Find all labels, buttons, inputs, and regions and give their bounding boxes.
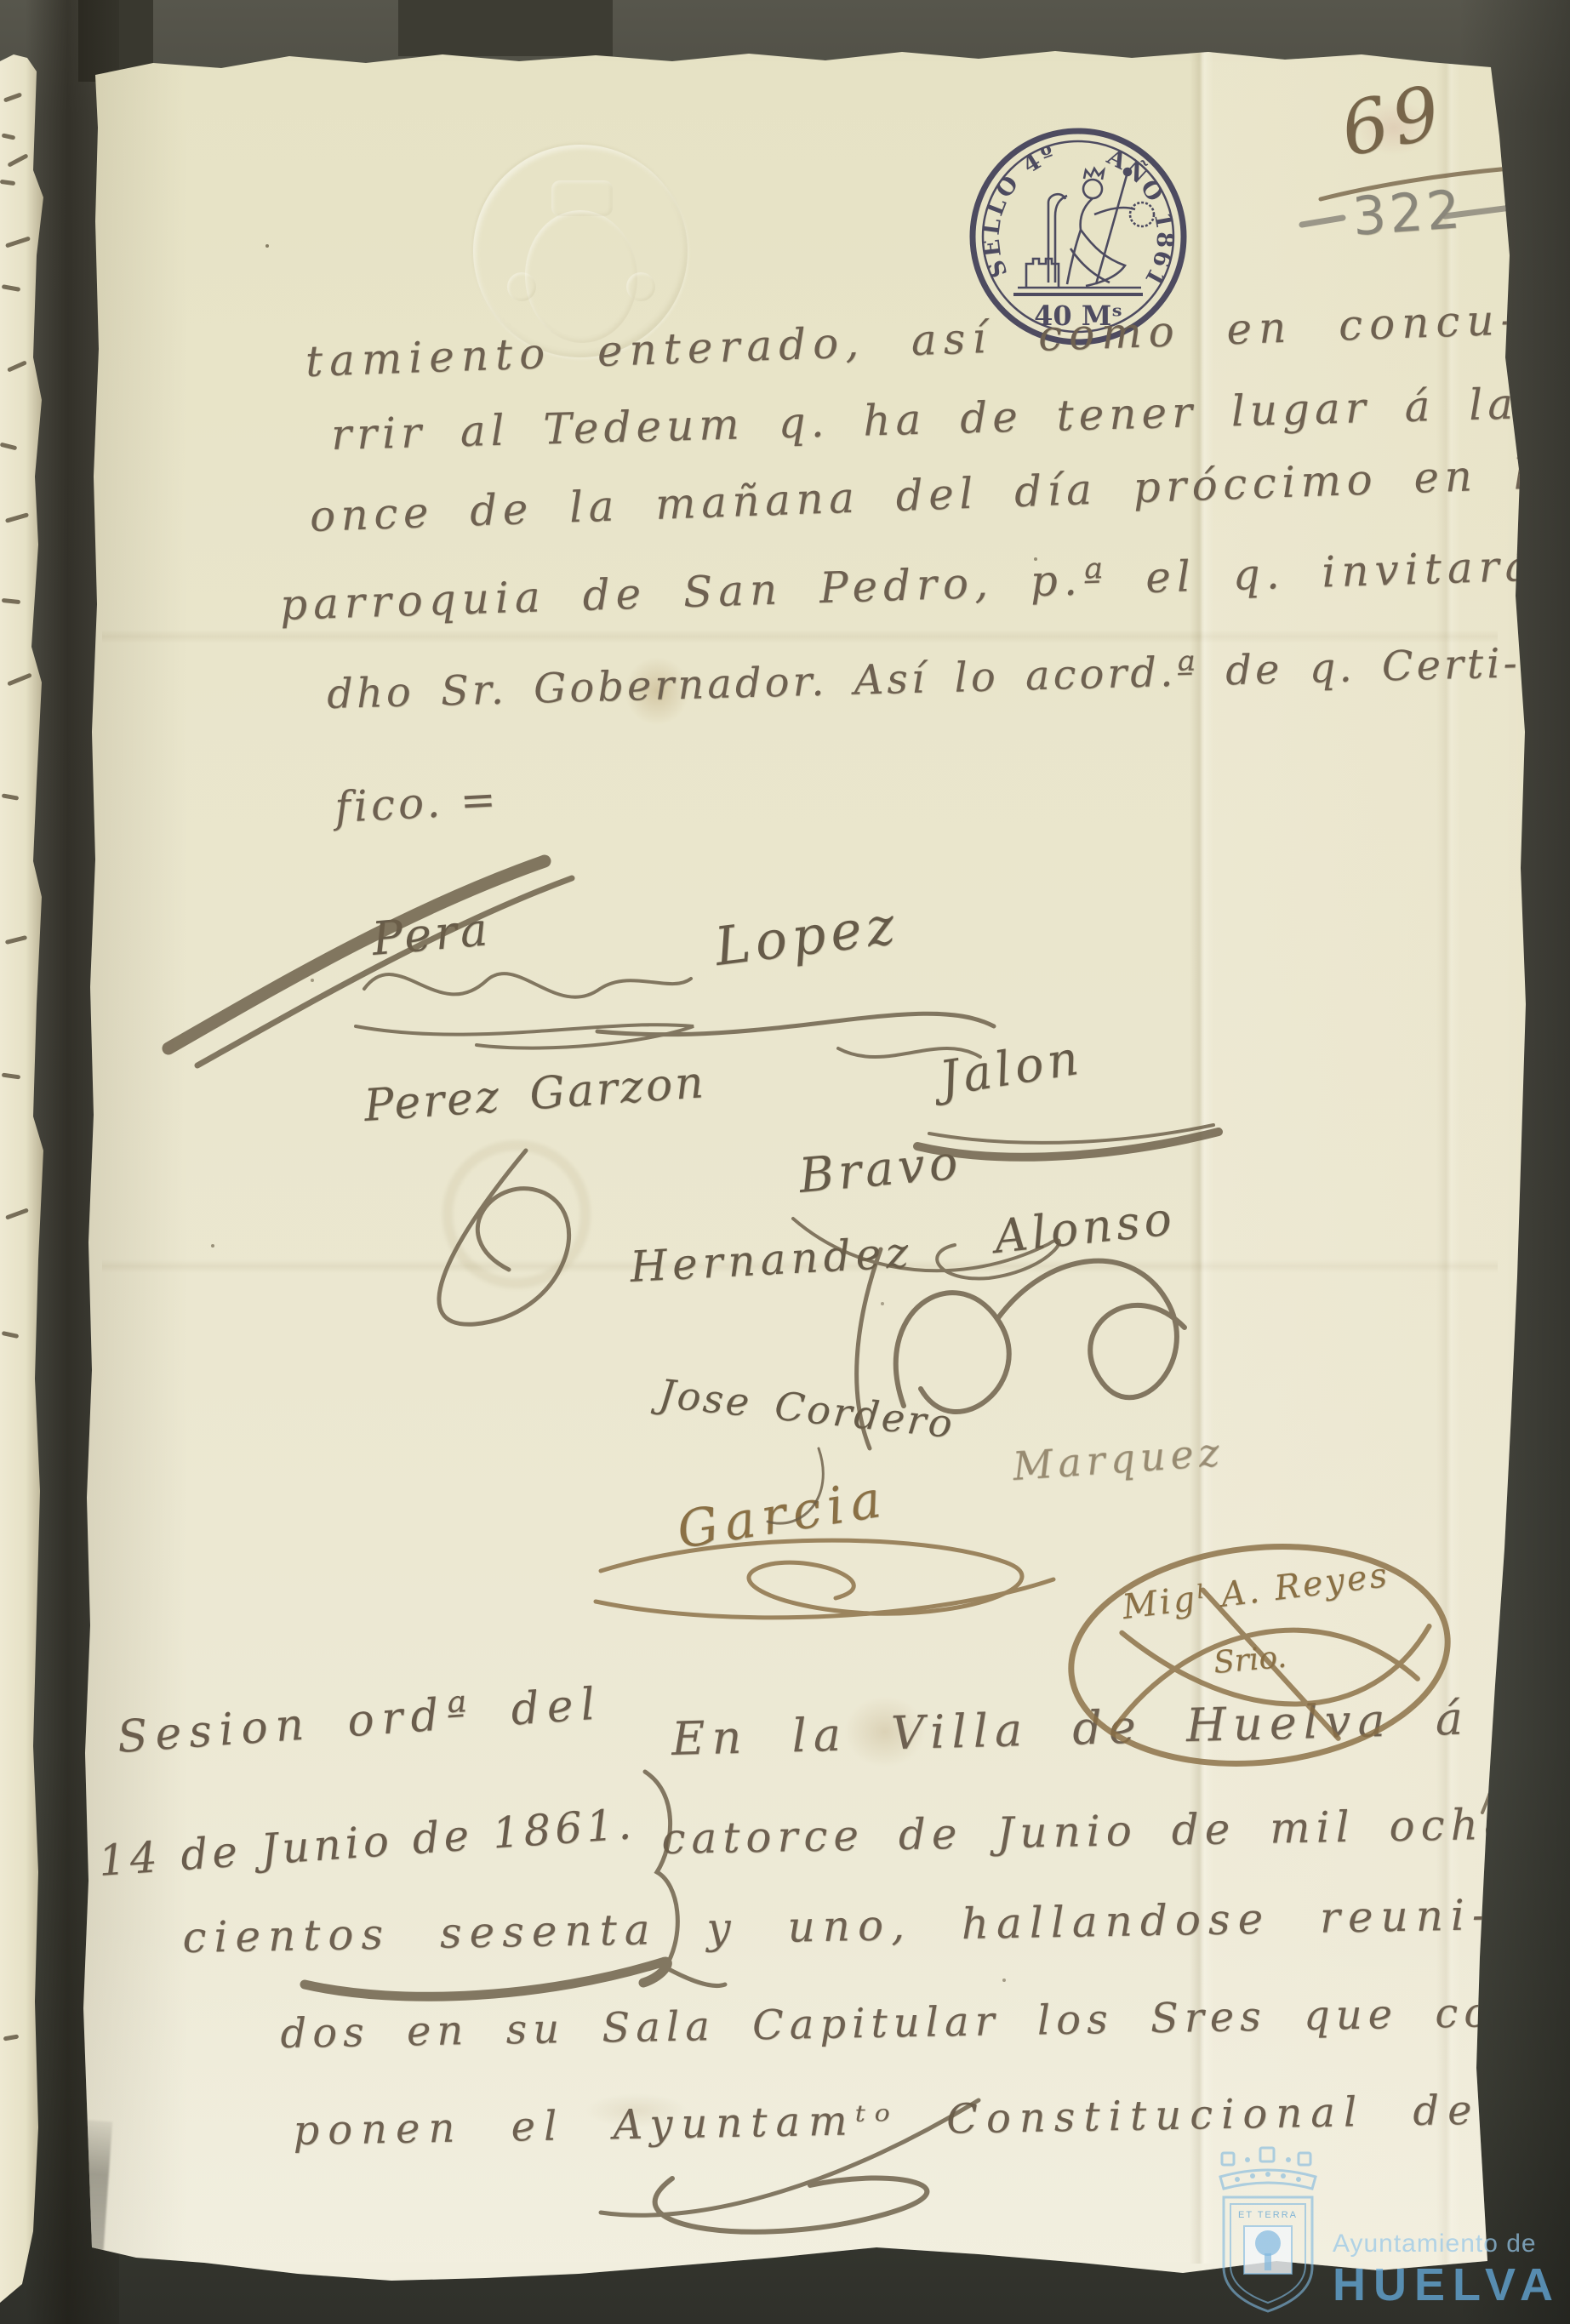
watermark-city-label: HUELVA: [1333, 2258, 1561, 2311]
rubric-lopez: [597, 1014, 994, 1057]
margin-note-line-2: 14 de Junio de 1861.: [97, 1799, 637, 1886]
rubric-jalon: [917, 1125, 1219, 1157]
verso-ink-mark: [3, 92, 22, 102]
manuscript-paper: SELLO 4º AÑO 1861.: [0, 0, 1570, 2324]
stain-ring: [442, 1140, 591, 1288]
signature-alonso: Alonso: [991, 1191, 1178, 1264]
verso-ink-mark: [0, 443, 17, 451]
signature-garcia: Garcia: [673, 1469, 892, 1561]
manuscript-line-6: fico. =: [334, 774, 500, 832]
verso-ink-mark: [2, 284, 21, 292]
paper-specks: [265, 244, 269, 248]
secondary-page-number: 322: [1350, 178, 1465, 248]
watermark-org-label: Ayuntamiento de: [1333, 2230, 1561, 2258]
scanned-manuscript-page: SELLO 4º AÑO 1861.: [0, 0, 1570, 2324]
signature-lopez: Lopez: [711, 894, 903, 978]
embossed-seal-scroll: [507, 272, 536, 301]
figure-arm: [1094, 208, 1135, 214]
verso-ink-mark: [2, 1331, 20, 1339]
embossed-seal-scroll: [626, 272, 655, 301]
margin-note-line-1: Sesion ordª del: [116, 1678, 604, 1763]
scanner-clip-center: [398, 0, 613, 56]
signature-perez-garzon: Perez Garzon: [363, 1057, 708, 1132]
figure-castle: [1026, 259, 1059, 288]
verso-ink-mark: [7, 153, 28, 168]
signature-jalon: Jalon: [936, 1030, 1087, 1107]
verso-ink-mark: [2, 1072, 20, 1079]
signature-pera: Pera: [370, 902, 494, 966]
rubric-pera: [356, 974, 694, 1048]
signature-secretary-title: Srio.: [1212, 1640, 1287, 1681]
verso-ink-mark: [5, 236, 31, 248]
verso-ink-mark: [2, 793, 20, 800]
figure-crown: [1084, 168, 1104, 180]
verso-ink-mark: [5, 512, 29, 523]
huelva-coat-of-arms: ET TERRA Ayuntamiento de HUELVA: [1212, 2146, 1561, 2324]
rubric-garcia: [596, 1540, 1053, 1618]
verso-ink-mark: [7, 673, 32, 687]
signature-bravo: Bravo: [796, 1135, 964, 1204]
certification-slash: [168, 861, 572, 1065]
signature-jose-cordero: Jose Cordero: [657, 1370, 957, 1447]
huelva-crest-icon: ET TERRA: [1212, 2146, 1324, 2322]
signature-hernandez: Hernandez: [629, 1228, 915, 1292]
crest-motto: ET TERRA: [1238, 2210, 1298, 2220]
verso-ink-mark: [0, 180, 15, 186]
verso-ink-mark: [7, 360, 27, 372]
verso-ink-mark: [5, 1208, 29, 1219]
verso-ink-mark: [2, 598, 20, 604]
verso-ink-mark: [3, 2034, 20, 2041]
crest-tree: [1255, 2230, 1281, 2256]
embossed-seal-crown: [551, 180, 613, 216]
verso-ink-mark: [5, 935, 27, 945]
verso-ink-mark: [2, 133, 16, 140]
